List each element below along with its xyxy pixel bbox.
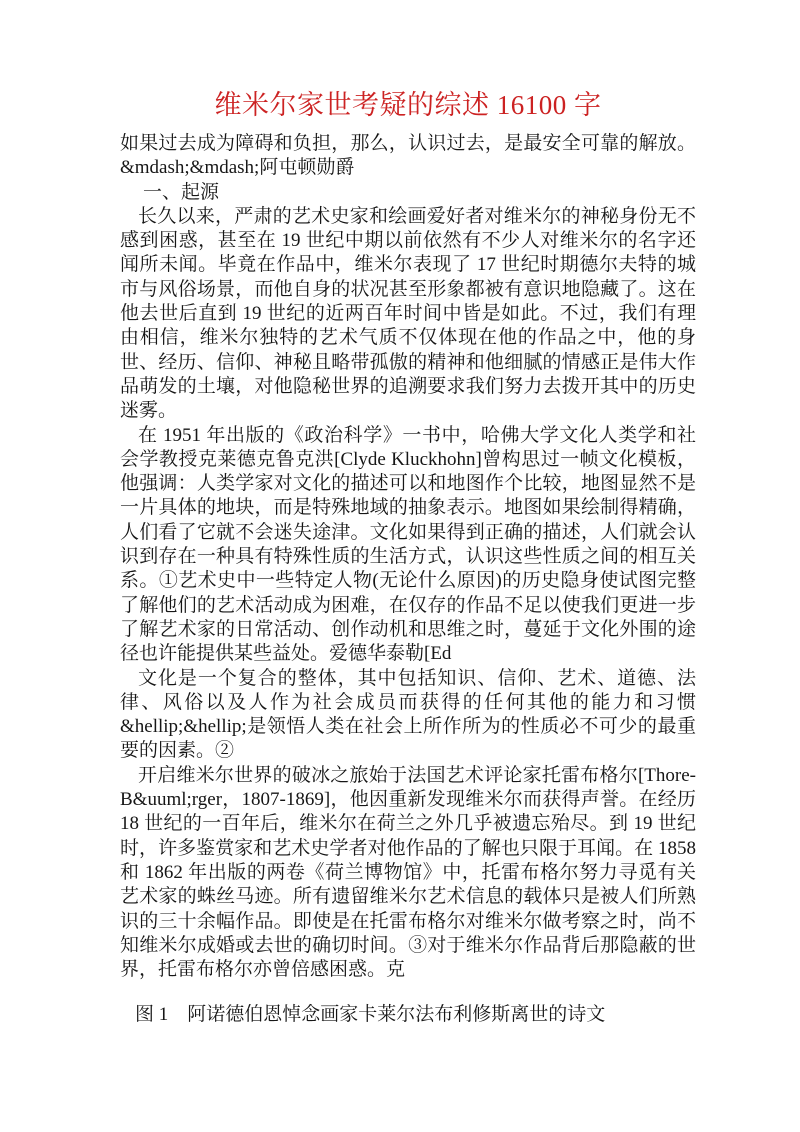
section-heading-origin: 一、起源 bbox=[120, 181, 696, 205]
paragraph-thore-burger-rediscovery: 开启维米尔世界的破冰之旅始于法国艺术评论家托雷布格尔[Thore-B&uuml;… bbox=[120, 764, 696, 983]
paragraph-epigraph-quote: 如果过去成为障碍和负担，那么，认识过去，是最安全可靠的解放。&mdash;&md… bbox=[120, 132, 696, 181]
document-content: 维米尔家世考疑的综述 16100 字 如果过去成为障碍和负担，那么，认识过去，是… bbox=[0, 0, 800, 1028]
paragraph-kluckhohn-culture-map: 在 1951 年出版的《政治科学》一书中，哈佛大学文化人类学和社会学教授克莱德克… bbox=[120, 424, 696, 667]
document-title: 维米尔家世考疑的综述 16100 字 bbox=[120, 88, 696, 122]
paragraph-tylor-culture-definition: 文化是一个复合的整体，其中包括知识、信仰、艺术、道德、法律、风俗以及人作为社会成… bbox=[120, 667, 696, 764]
document-page: 维米尔家世考疑的综述 16100 字 如果过去成为障碍和负担，那么，认识过去，是… bbox=[0, 0, 800, 1132]
paragraph-vermeer-mystery: 长久以来，严肃的艺术史家和绘画爱好者对维米尔的神秘身份无不感到困惑，甚至在 19… bbox=[120, 205, 696, 424]
document-body: 如果过去成为障碍和负担，那么，认识过去，是最安全可靠的解放。&mdash;&md… bbox=[120, 132, 696, 1028]
figure-caption: 图 1 阿诺德伯恩悼念画家卡莱尔法布利修斯离世的诗文 bbox=[120, 1003, 696, 1027]
